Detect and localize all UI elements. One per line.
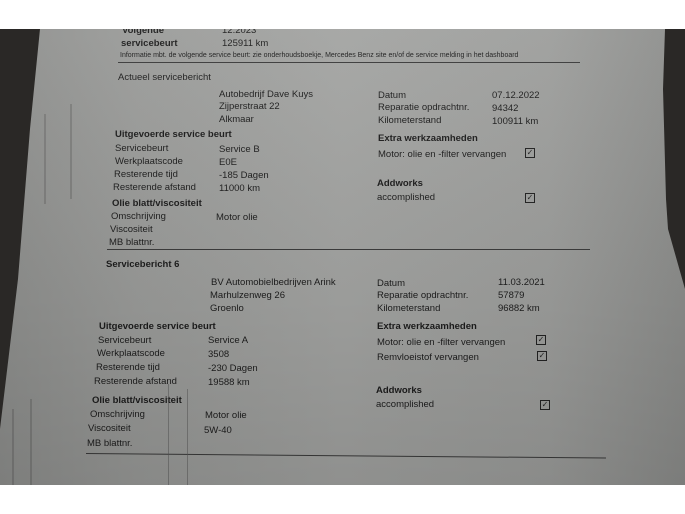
oil-description-value: Motor olie: [216, 212, 258, 223]
dealer-city: Alkmaar: [219, 114, 254, 125]
divider: [118, 62, 580, 63]
next-service-label-1: Volgende: [122, 29, 164, 36]
service-label: Servicebeurt: [98, 335, 151, 346]
addworks-item: accomplished: [377, 192, 435, 203]
print-smudge: [44, 114, 46, 204]
print-smudge: [30, 399, 32, 485]
dealer-street: Zijperstraat 22: [219, 101, 280, 112]
checkbox-checked-icon: ✓: [536, 335, 546, 345]
service-label: Servicebeurt: [115, 143, 168, 154]
meta-label-date: Datum: [377, 278, 405, 289]
service-heading: Uitgevoerde service beurt: [99, 321, 216, 332]
remaining-time-value: -230 Dagen: [208, 363, 258, 374]
column-line: [187, 389, 188, 485]
remaining-time-label: Resterende tijd: [114, 169, 178, 180]
addworks-heading: Addworks: [377, 178, 423, 189]
oil-description-label: Omschrijving: [90, 409, 145, 420]
checkbox-checked-icon: ✓: [540, 400, 550, 410]
checkbox-checked-icon: ✓: [525, 148, 535, 158]
next-service-info: Informatie mbt. de volgende service beur…: [120, 52, 518, 59]
column-line: [168, 384, 169, 485]
remaining-distance-value: 11000 km: [219, 183, 260, 194]
meta-value-date: 07.12.2022: [492, 90, 540, 101]
dealer-city: Groenlo: [210, 303, 244, 314]
document-photo: Volgende 12.2023 servicebeurt 125911 km …: [0, 29, 685, 485]
extra-heading: Extra werkzaamheden: [377, 321, 477, 332]
oil-description-value: Motor olie: [205, 410, 247, 421]
extra-item: Motor: olie en -filter vervangen: [378, 149, 506, 160]
service-value: Service A: [208, 335, 248, 346]
meta-label-km: Kilometerstand: [378, 115, 441, 126]
oil-heading: Olie blatt/viscositeit: [112, 198, 202, 209]
service-heading: Uitgevoerde service beurt: [115, 129, 232, 140]
workshop-code-value: 3508: [208, 349, 229, 360]
workshop-code-value: E0E: [219, 157, 237, 168]
dealer-name: BV Automobielbedrijven Arink: [211, 277, 336, 288]
checkbox-checked-icon: ✓: [537, 351, 547, 361]
print-smudge: [70, 104, 72, 199]
meta-label-order: Reparatie opdrachtnr.: [377, 290, 468, 301]
viscosity-label: Viscositeit: [110, 224, 153, 235]
remaining-distance-label: Resterende afstand: [113, 182, 196, 193]
record-title: Actueel servicebericht: [118, 72, 211, 83]
addworks-item: accomplished: [376, 399, 434, 410]
extra-heading: Extra werkzaamheden: [378, 133, 478, 144]
divider: [107, 249, 590, 250]
meta-value-order: 94342: [492, 103, 518, 114]
record-title: Servicebericht 6: [106, 259, 179, 270]
meta-label-km: Kilometerstand: [377, 303, 440, 314]
meta-value-order: 57879: [498, 290, 524, 301]
mb-sheet-label: MB blattnr.: [109, 237, 154, 248]
remaining-distance-label: Resterende afstand: [94, 376, 177, 387]
mb-sheet-label: MB blattnr.: [87, 438, 132, 449]
extra-item: Remvloeistof vervangen: [377, 352, 479, 363]
meta-value-date: 11.03.2021: [498, 277, 545, 288]
workshop-code-label: Werkplaatscode: [97, 348, 165, 359]
next-service-label-2: servicebeurt: [121, 38, 178, 49]
meta-value-km: 96882 km: [498, 303, 540, 314]
remaining-time-label: Resterende tijd: [96, 362, 160, 373]
paper-sheet: Volgende 12.2023 servicebeurt 125911 km …: [0, 29, 685, 485]
viscosity-label: Viscositeit: [88, 423, 131, 434]
meta-label-order: Reparatie opdrachtnr.: [378, 102, 469, 113]
dealer-street: Marhulzenweg 26: [210, 290, 285, 301]
next-service-date: 12.2023: [222, 29, 256, 36]
checkbox-checked-icon: ✓: [525, 193, 535, 203]
next-service-km: 125911 km: [222, 38, 268, 49]
addworks-heading: Addworks: [376, 385, 422, 396]
remaining-time-value: -185 Dagen: [219, 170, 269, 181]
remaining-distance-value: 19588 km: [208, 377, 250, 388]
extra-item: Motor: olie en -filter vervangen: [377, 337, 505, 348]
service-value: Service B: [219, 144, 260, 155]
dealer-name: Autobedrijf Dave Kuys: [219, 89, 313, 100]
meta-value-km: 100911 km: [492, 116, 538, 127]
viscosity-value: 5W-40: [204, 425, 232, 436]
oil-description-label: Omschrijving: [111, 211, 166, 222]
print-smudge: [12, 409, 14, 485]
meta-label-date: Datum: [378, 90, 406, 101]
workshop-code-label: Werkplaatscode: [115, 156, 183, 167]
divider: [86, 453, 606, 459]
